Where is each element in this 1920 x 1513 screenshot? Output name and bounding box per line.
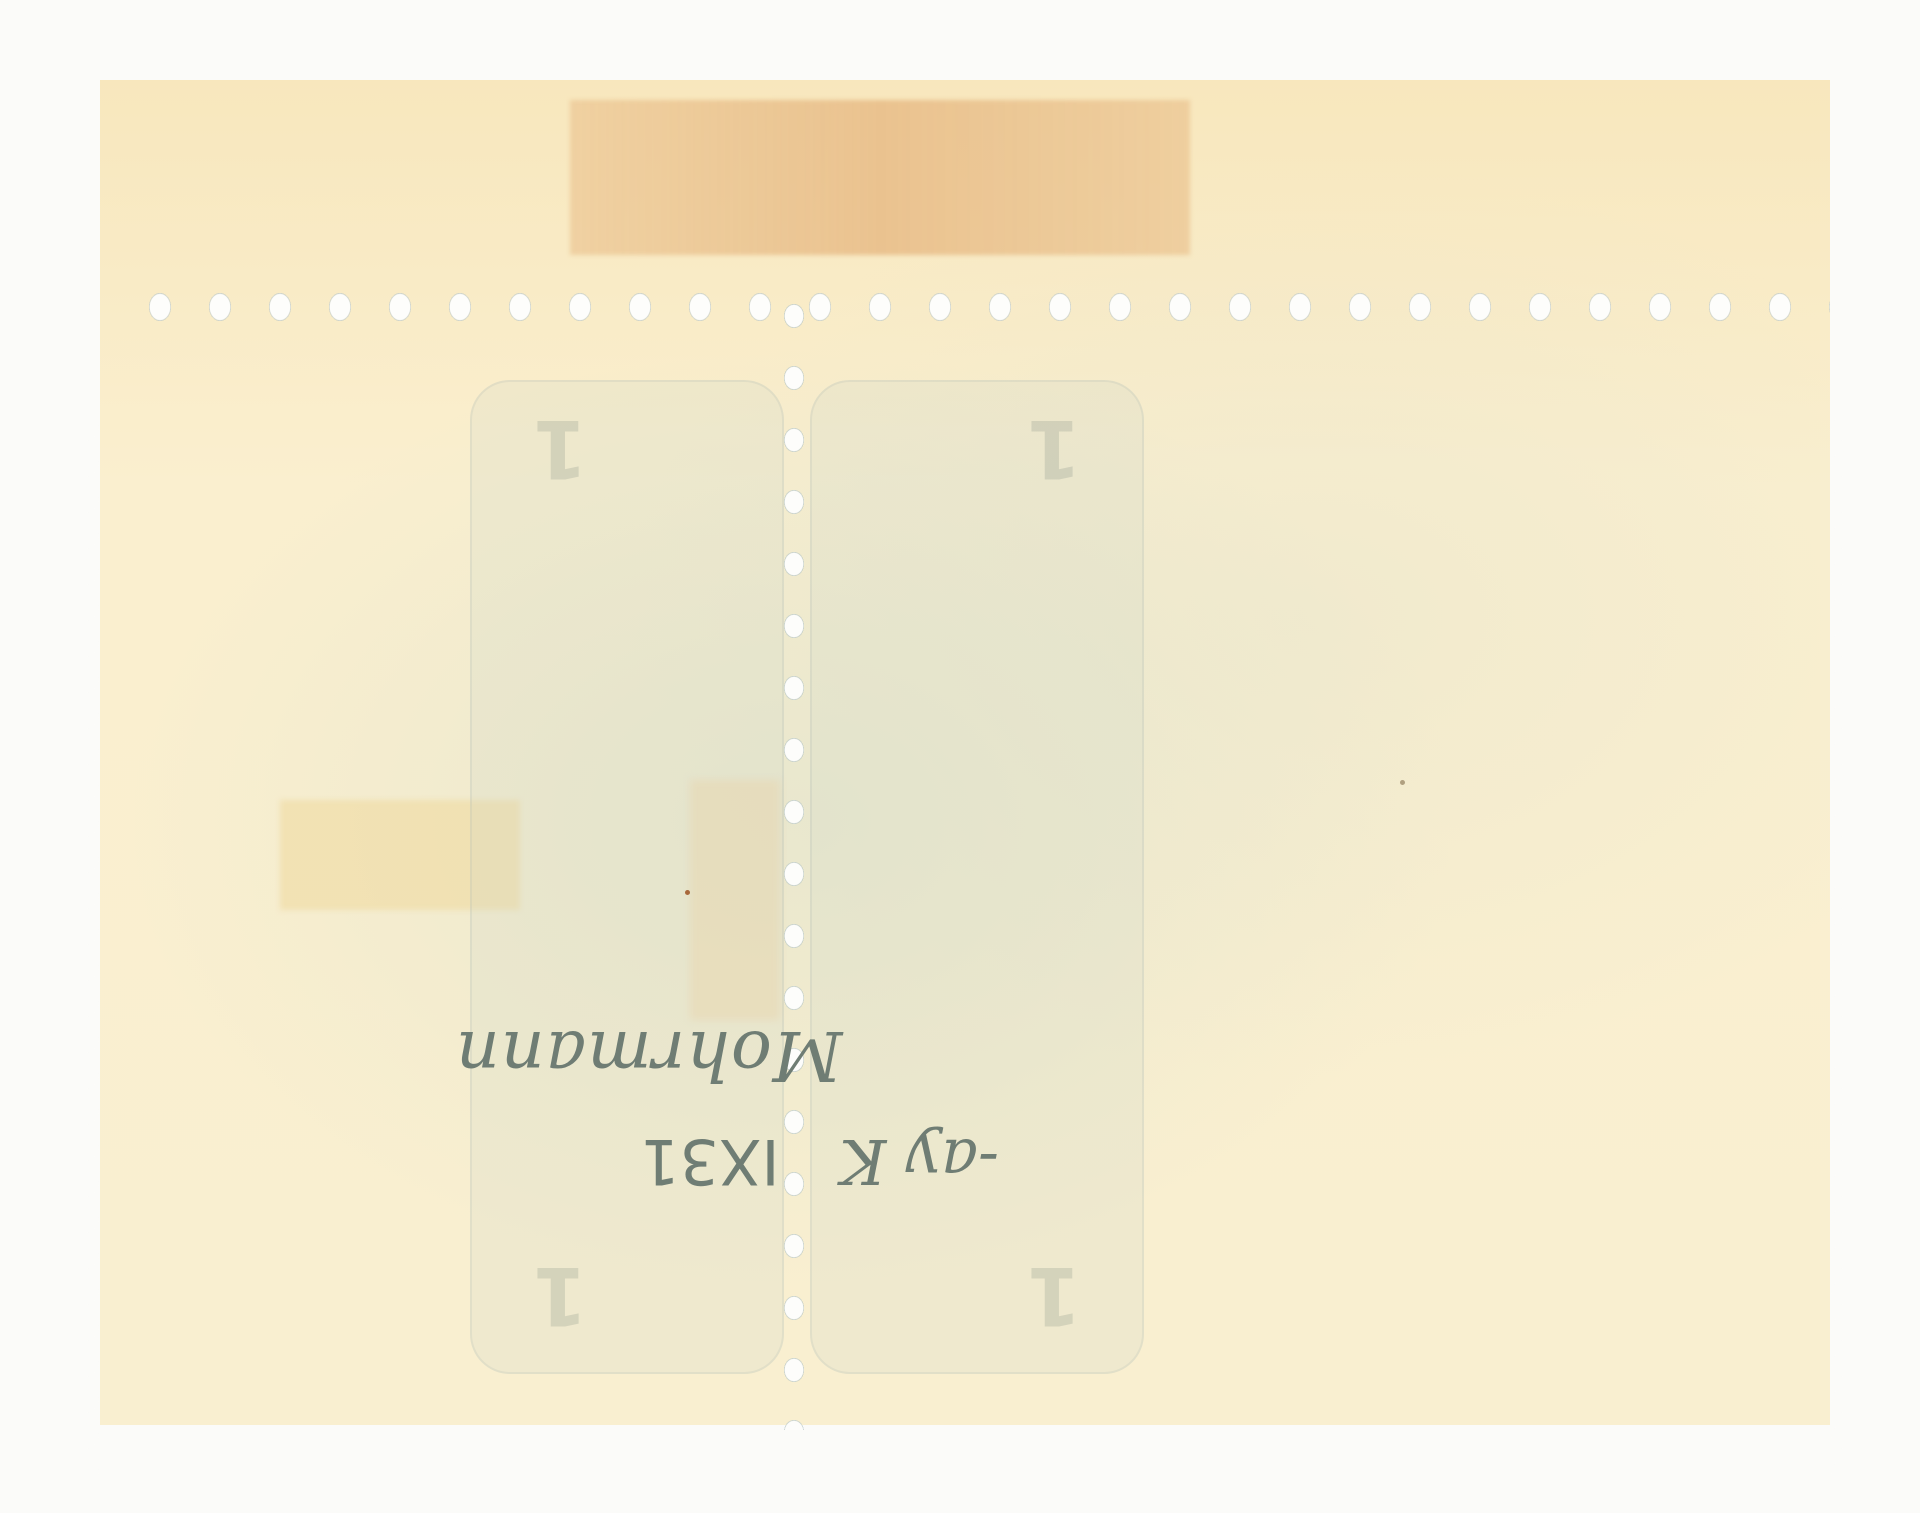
corner-numeral: 1 [532,402,588,495]
expert-signature: Mohrmann [455,1015,842,1094]
corner-numeral: 1 [1026,1249,1082,1342]
stamp-sheet-back: 1 1 1 1 Mohrmann IX31 -ay K [100,80,1830,1425]
corner-numeral: 1 [532,1249,588,1342]
foxing-spot [1400,780,1405,785]
foxing-spot [685,890,690,895]
vertical-perforation-column [780,285,808,1430]
left-perforation-edge [86,410,116,1480]
stamp-design-showthrough-right: 1 1 [810,380,1144,1374]
right-perforation-edge [1814,410,1844,1480]
corner-numeral: 1 [1026,402,1082,495]
horizontal-perforation-row [130,292,1830,322]
date-mark: IX31 [640,1125,780,1198]
prefix-mark: -ay K [840,1125,999,1198]
stamp-design-showthrough-left: 1 1 [470,380,784,1374]
hinge-remnant-stain [570,100,1190,255]
